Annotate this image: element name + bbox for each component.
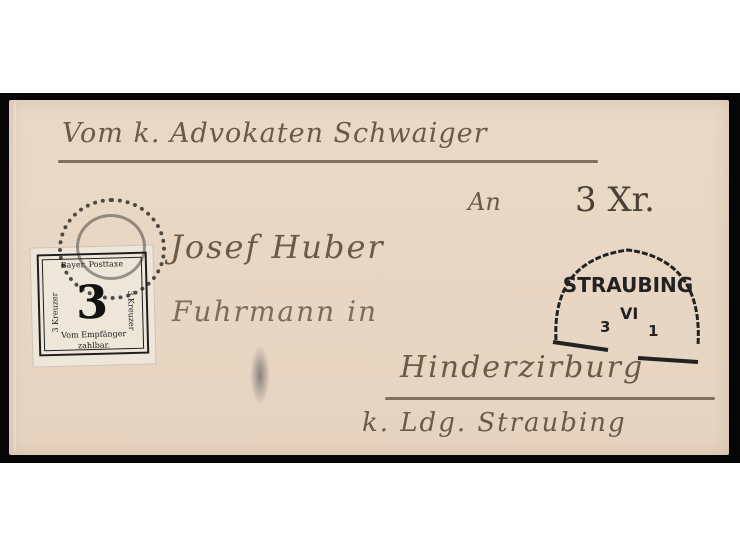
straubing-postmark: STRAUBING VI 3 1 [548, 240, 708, 370]
sender-line: Vom k. Advokaten Schwaiger [62, 118, 488, 149]
stamp-bottom-text-2: zahlbar. [41, 340, 147, 352]
recipient-line-2: Fuhrmann in [172, 295, 378, 328]
paper-fold [14, 102, 16, 452]
sender-underline [58, 160, 598, 163]
postmark-month: VI [620, 304, 638, 323]
recipient-line-1: Josef Huber [170, 228, 385, 266]
rate-text: 3 Xr. [575, 180, 655, 220]
postmark-day: 3 [600, 318, 610, 336]
district-line: k. Ldg. Straubing [362, 408, 627, 438]
svg-text:STRAUBING: STRAUBING [563, 273, 693, 297]
ink-blot [250, 345, 270, 405]
destination-underline [385, 397, 715, 400]
postmark-hour: 1 [648, 322, 658, 340]
to-label: An [468, 188, 501, 216]
cancel-ring-inner [76, 214, 146, 280]
